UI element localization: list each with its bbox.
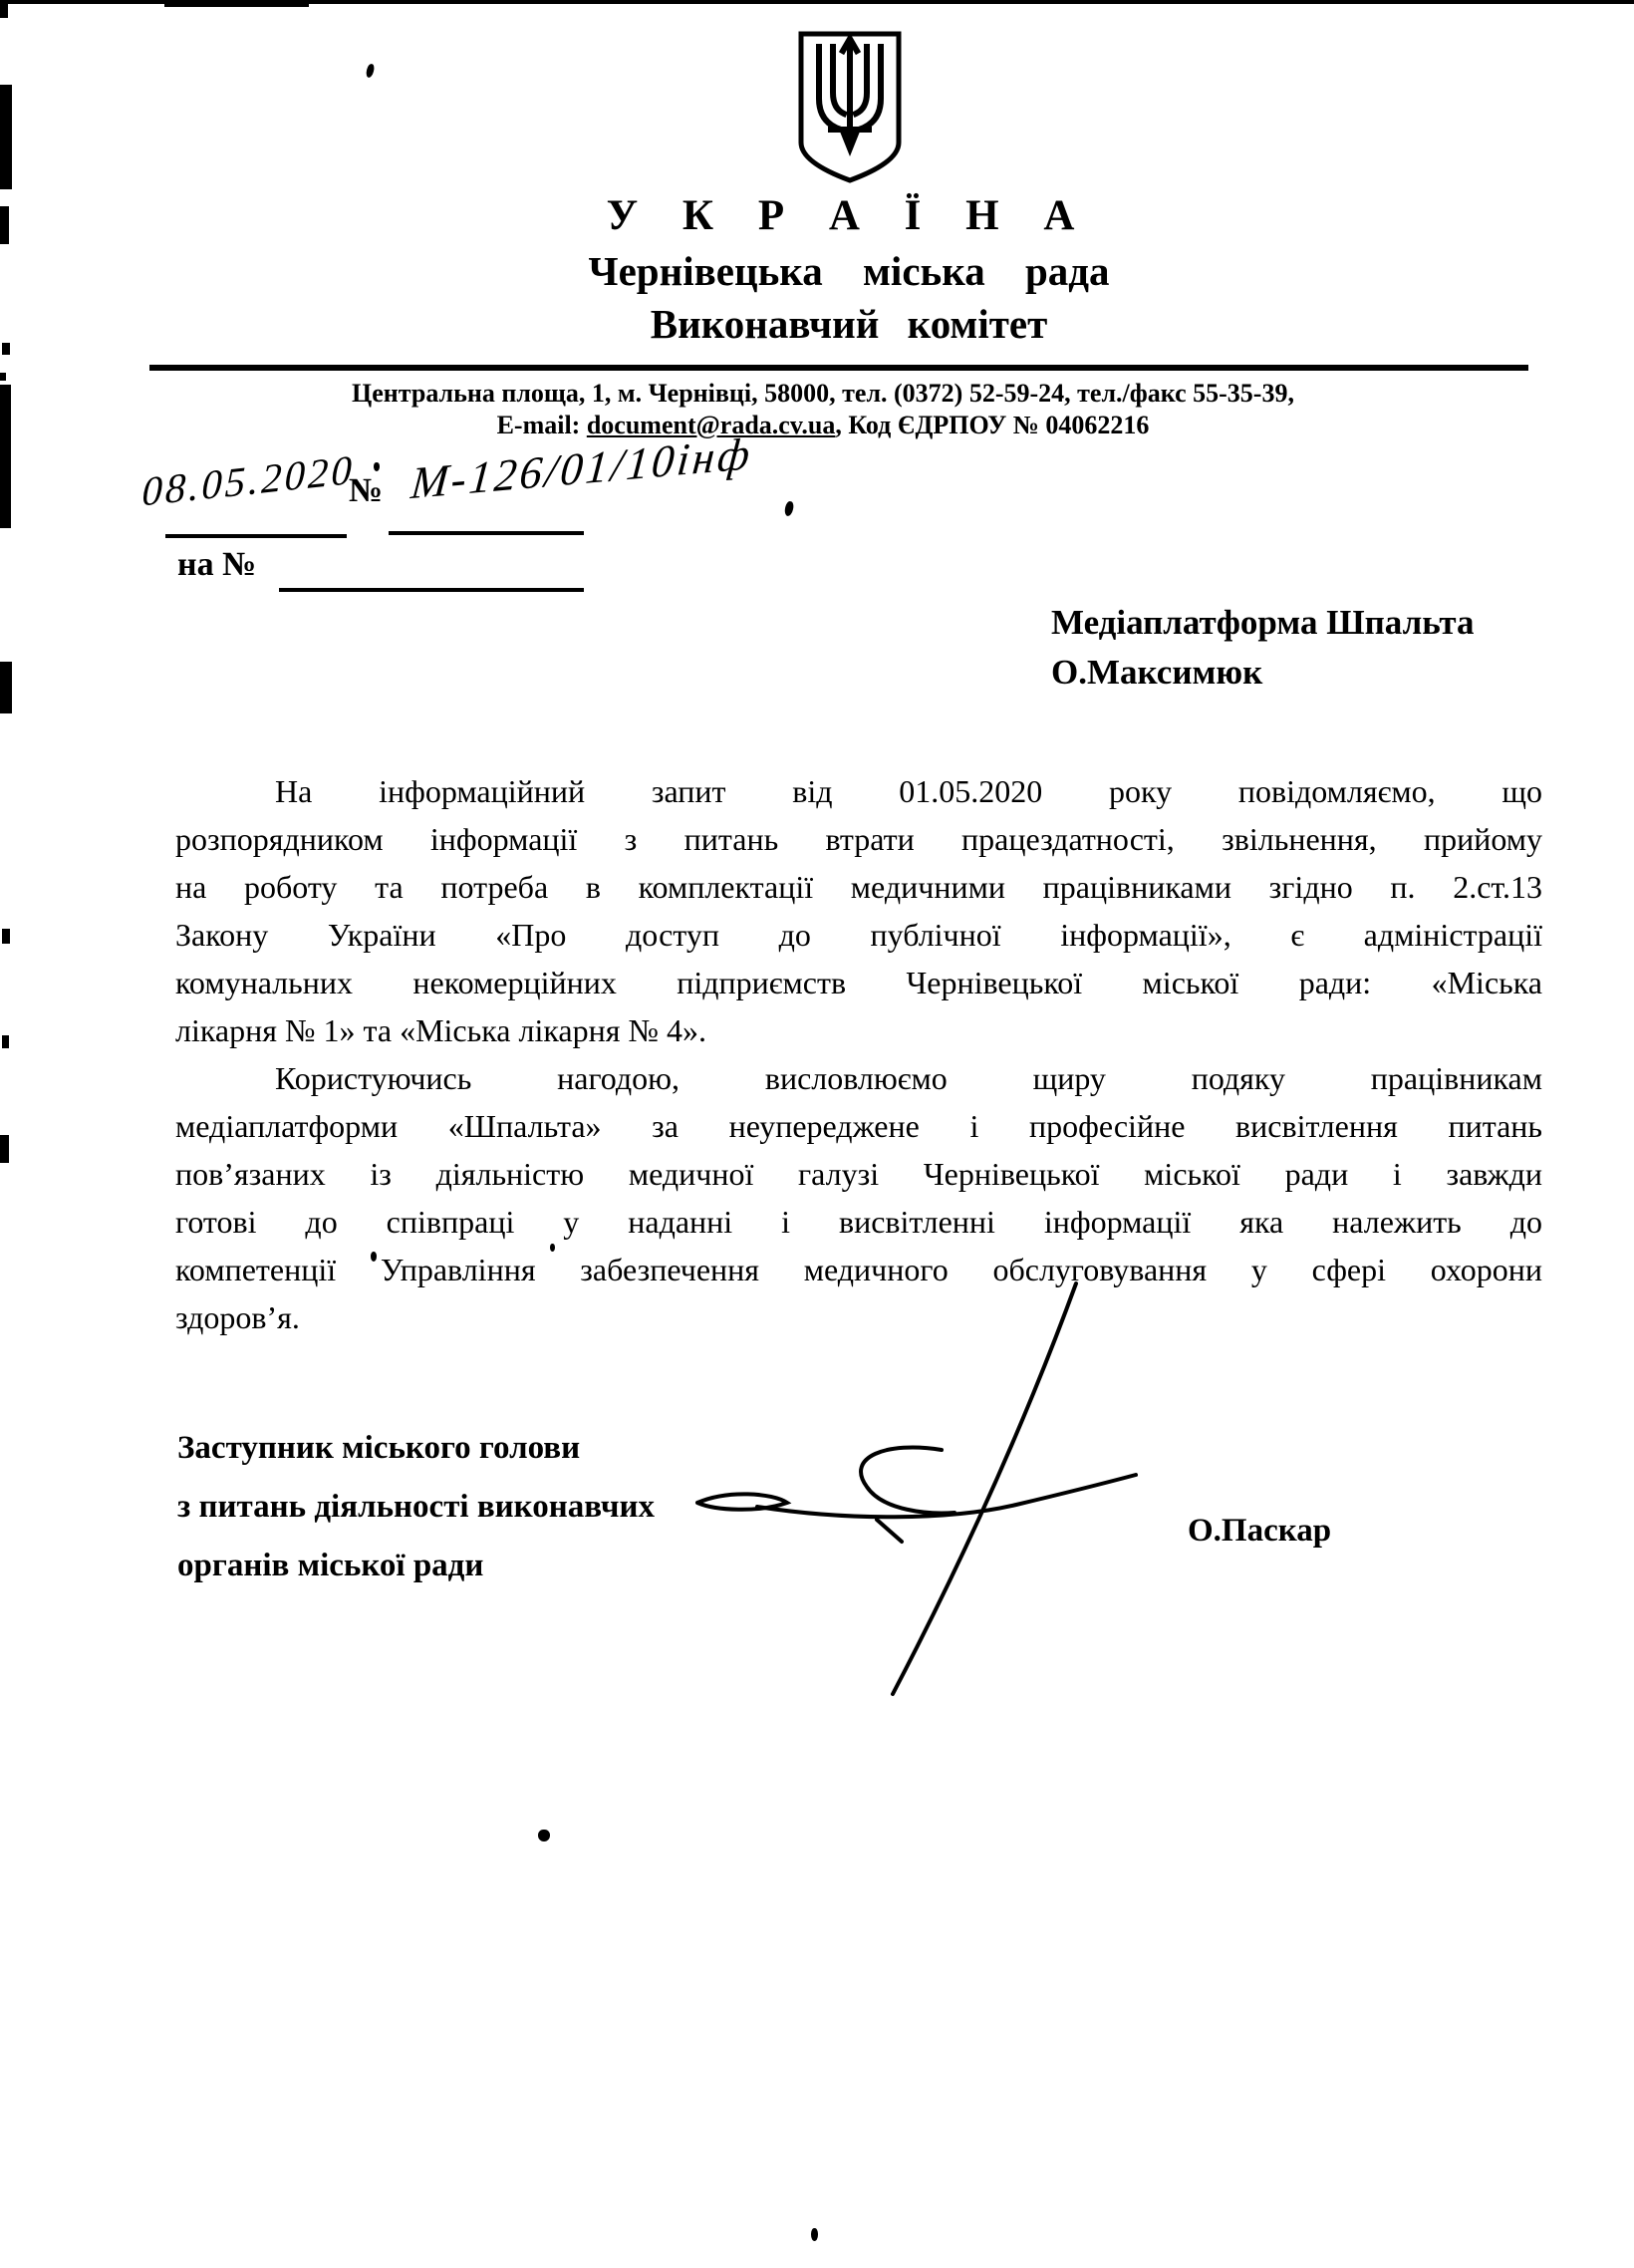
recipient-block: Медіаплатформа Шпальта О.Максимюк (1051, 598, 1549, 698)
scan-speck (784, 500, 795, 516)
recipient-person: О.Максимюк (1051, 648, 1549, 698)
committee-title: Виконавчий комітет (64, 300, 1634, 348)
body-line: розпорядником інформації з питань втрати… (175, 815, 1542, 863)
scan-artifact (0, 206, 9, 244)
handwritten-date: 08.05.2020 (141, 445, 356, 516)
scanned-letter-page: У К Р А Ї Н А Чернівецька міська рада Ви… (0, 0, 1634, 2268)
body-paragraph-1: На інформаційний запит від 01.05.2020 ро… (175, 767, 1542, 1054)
email-label: E-mail: (497, 411, 587, 439)
body-line: медіаплатформи «Шпальта» за неупереджене… (175, 1102, 1542, 1150)
scan-speck (365, 63, 375, 78)
scan-artifact (0, 85, 12, 189)
scan-artifact (0, 662, 12, 713)
reply-number-underline (279, 588, 584, 592)
body-line: лікарня № 1» та «Міська лікарня № 4». (175, 1006, 1542, 1054)
reply-to-number-label: на № (177, 546, 256, 584)
body-line: На інформаційний запит від 01.05.2020 ро… (175, 767, 1542, 815)
body-line: Користуючись нагодою, висловлюємо щиру п… (175, 1054, 1542, 1102)
signatory-name: О.Паскар (1188, 1513, 1331, 1550)
scan-artifact (164, 4, 309, 7)
recipient-organization: Медіаплатформа Шпальта (1051, 598, 1549, 648)
body-line: комунальних некомерційних підприємств Че… (175, 959, 1542, 1006)
scan-artifact (0, 1135, 9, 1163)
scan-artifact (2, 929, 10, 944)
scan-speck (374, 462, 380, 471)
body-line: на роботу та потреба в комплектації меди… (175, 863, 1542, 911)
body-line: пов’язаних із діяльністю медичної галузі… (175, 1150, 1542, 1198)
number-sign: № (349, 472, 383, 510)
ukraine-trident-emblem-icon (797, 31, 903, 184)
scan-speck (811, 2228, 818, 2241)
scan-speck (538, 1830, 550, 1842)
handwritten-signature (687, 1254, 1156, 1772)
scan-artifact (2, 1035, 9, 1048)
date-underline (165, 534, 347, 538)
number-underline (389, 531, 584, 535)
scan-artifact (0, 0, 8, 18)
address-line: Центральна площа, 1, м. Чернівці, 58000,… (6, 379, 1634, 409)
edrpou-code: , Код ЄДРПОУ № 04062216 (835, 411, 1149, 439)
country-title: У К Р А Ї Н А (64, 191, 1634, 240)
body-line: готові до співпраці у наданні і висвітле… (175, 1198, 1542, 1246)
scan-artifact (2, 343, 10, 355)
contact-line: E-mail: document@rada.cv.ua, Код ЄДРПОУ … (6, 411, 1634, 440)
organization-title: Чернівецька міська рада (64, 247, 1634, 295)
letterhead-divider (149, 365, 1528, 371)
body-line: Закону України «Про доступ до публічної … (175, 911, 1542, 959)
